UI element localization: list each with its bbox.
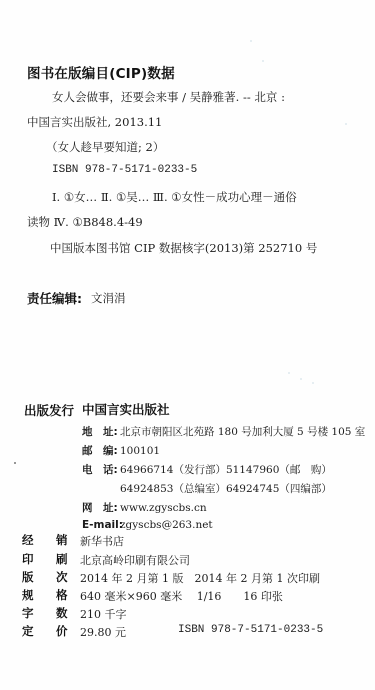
spec-key-printer-2: 刷 [56,551,68,567]
spec-printer: 北京高岭印刷有限公司 [80,552,190,568]
spec-wordcount: 210 千字 [80,606,127,622]
scan-speck [300,378,302,380]
spec-key-distributor-2: 销 [56,532,68,548]
contact-value: 100101 [120,445,160,457]
scan-speck [250,40,252,42]
cip-line-verification: 中国版本图书馆 CIP 数据核字(2013)第 252710 号 [50,240,317,256]
scan-speck [262,60,264,62]
contact-label: 电 话: [82,462,120,477]
cip-line-title: 女人会做事，还要会来事 / 吴静雅著. -- 北京 : [52,89,285,105]
spec-key-edition-2: 次 [56,569,68,585]
contact-label: 网 址: [82,500,120,515]
contact-value: zgyscbs@263.net [120,519,213,531]
spec-key-format-2: 格 [56,587,68,603]
cip-line-subjects: Ⅰ. ①女… Ⅱ. ①吴… Ⅲ. ①女性－成功心理－通俗 [52,189,297,205]
contact-phone: 电 话:64966714（发行部）51147960（邮 购） [82,462,332,477]
contact-phone-2: 64924853（总编室）64924745（四编部） [82,481,332,496]
contact-value: www.zgyscbs.cn [120,502,207,514]
contact-value: 64966714（发行部）51147960（邮 购） [120,464,332,476]
publisher-name: 中国言实出版社 [82,400,170,418]
copyright-page: 图书在版编目(CIP)数据 女人会做事，还要会来事 / 吴静雅著. -- 北京 … [0,0,375,690]
spec-format: 640 毫米×960 毫米 1/16 16 印张 [80,588,283,604]
isbn-bottom: ISBN 978-7-5171-0233-5 [178,624,323,636]
contact-address: 地 址:北京市朝阳区北苑路 180 号加利大厦 5 号楼 105 室 [82,424,365,439]
scan-speck [345,123,347,125]
contact-value: 64924853（总编室）64924745（四编部） [120,483,332,495]
spec-key-wordcount-2: 数 [56,605,68,621]
publisher-label: 出版发行 [24,401,74,419]
spec-price: 29.80 元 [80,624,126,640]
spec-key-price-1: 定 [22,623,34,639]
spec-key-format-1: 规 [22,587,34,603]
cip-line-classification: 读物 Ⅳ. ①B848.4-49 [27,214,143,230]
cip-title: 图书在版编目(CIP)数据 [27,62,175,82]
contact-value: 北京市朝阳区北苑路 180 号加利大厦 5 号楼 105 室 [120,426,365,438]
spec-key-edition-1: 版 [22,569,34,585]
contact-postcode: 邮 编:100101 [82,443,160,458]
spec-distributor: 新华书店 [80,533,124,549]
spec-key-distributor-1: 经 [22,532,34,548]
contact-label: E-mail: [82,519,120,531]
spec-key-price-2: 价 [56,623,68,639]
editor-label: 责任编辑: [27,289,82,307]
scan-speck [288,372,290,374]
spec-key-wordcount-1: 字 [22,605,34,621]
contact-website: 网 址:www.zgyscbs.cn [82,500,207,515]
cip-line-series: （女人趁早要知道; 2） [46,139,164,155]
cip-line-isbn: ISBN 978-7-5171-0233-5 [52,164,197,176]
contact-label: 地 址: [82,424,120,439]
editor-name: 文涓涓 [91,290,126,306]
scan-speck [312,382,314,384]
contact-email: E-mail:zgyscbs@263.net [82,519,213,531]
contact-label: 邮 编: [82,443,120,458]
spec-key-printer-1: 印 [22,551,34,567]
spec-edition: 2014 年 2 月第 1 版 2014 年 2 月第 1 次印刷 [80,570,320,586]
cip-line-publisher: 中国言实出版社, 2013.11 [27,114,162,130]
scan-speck [14,462,16,464]
